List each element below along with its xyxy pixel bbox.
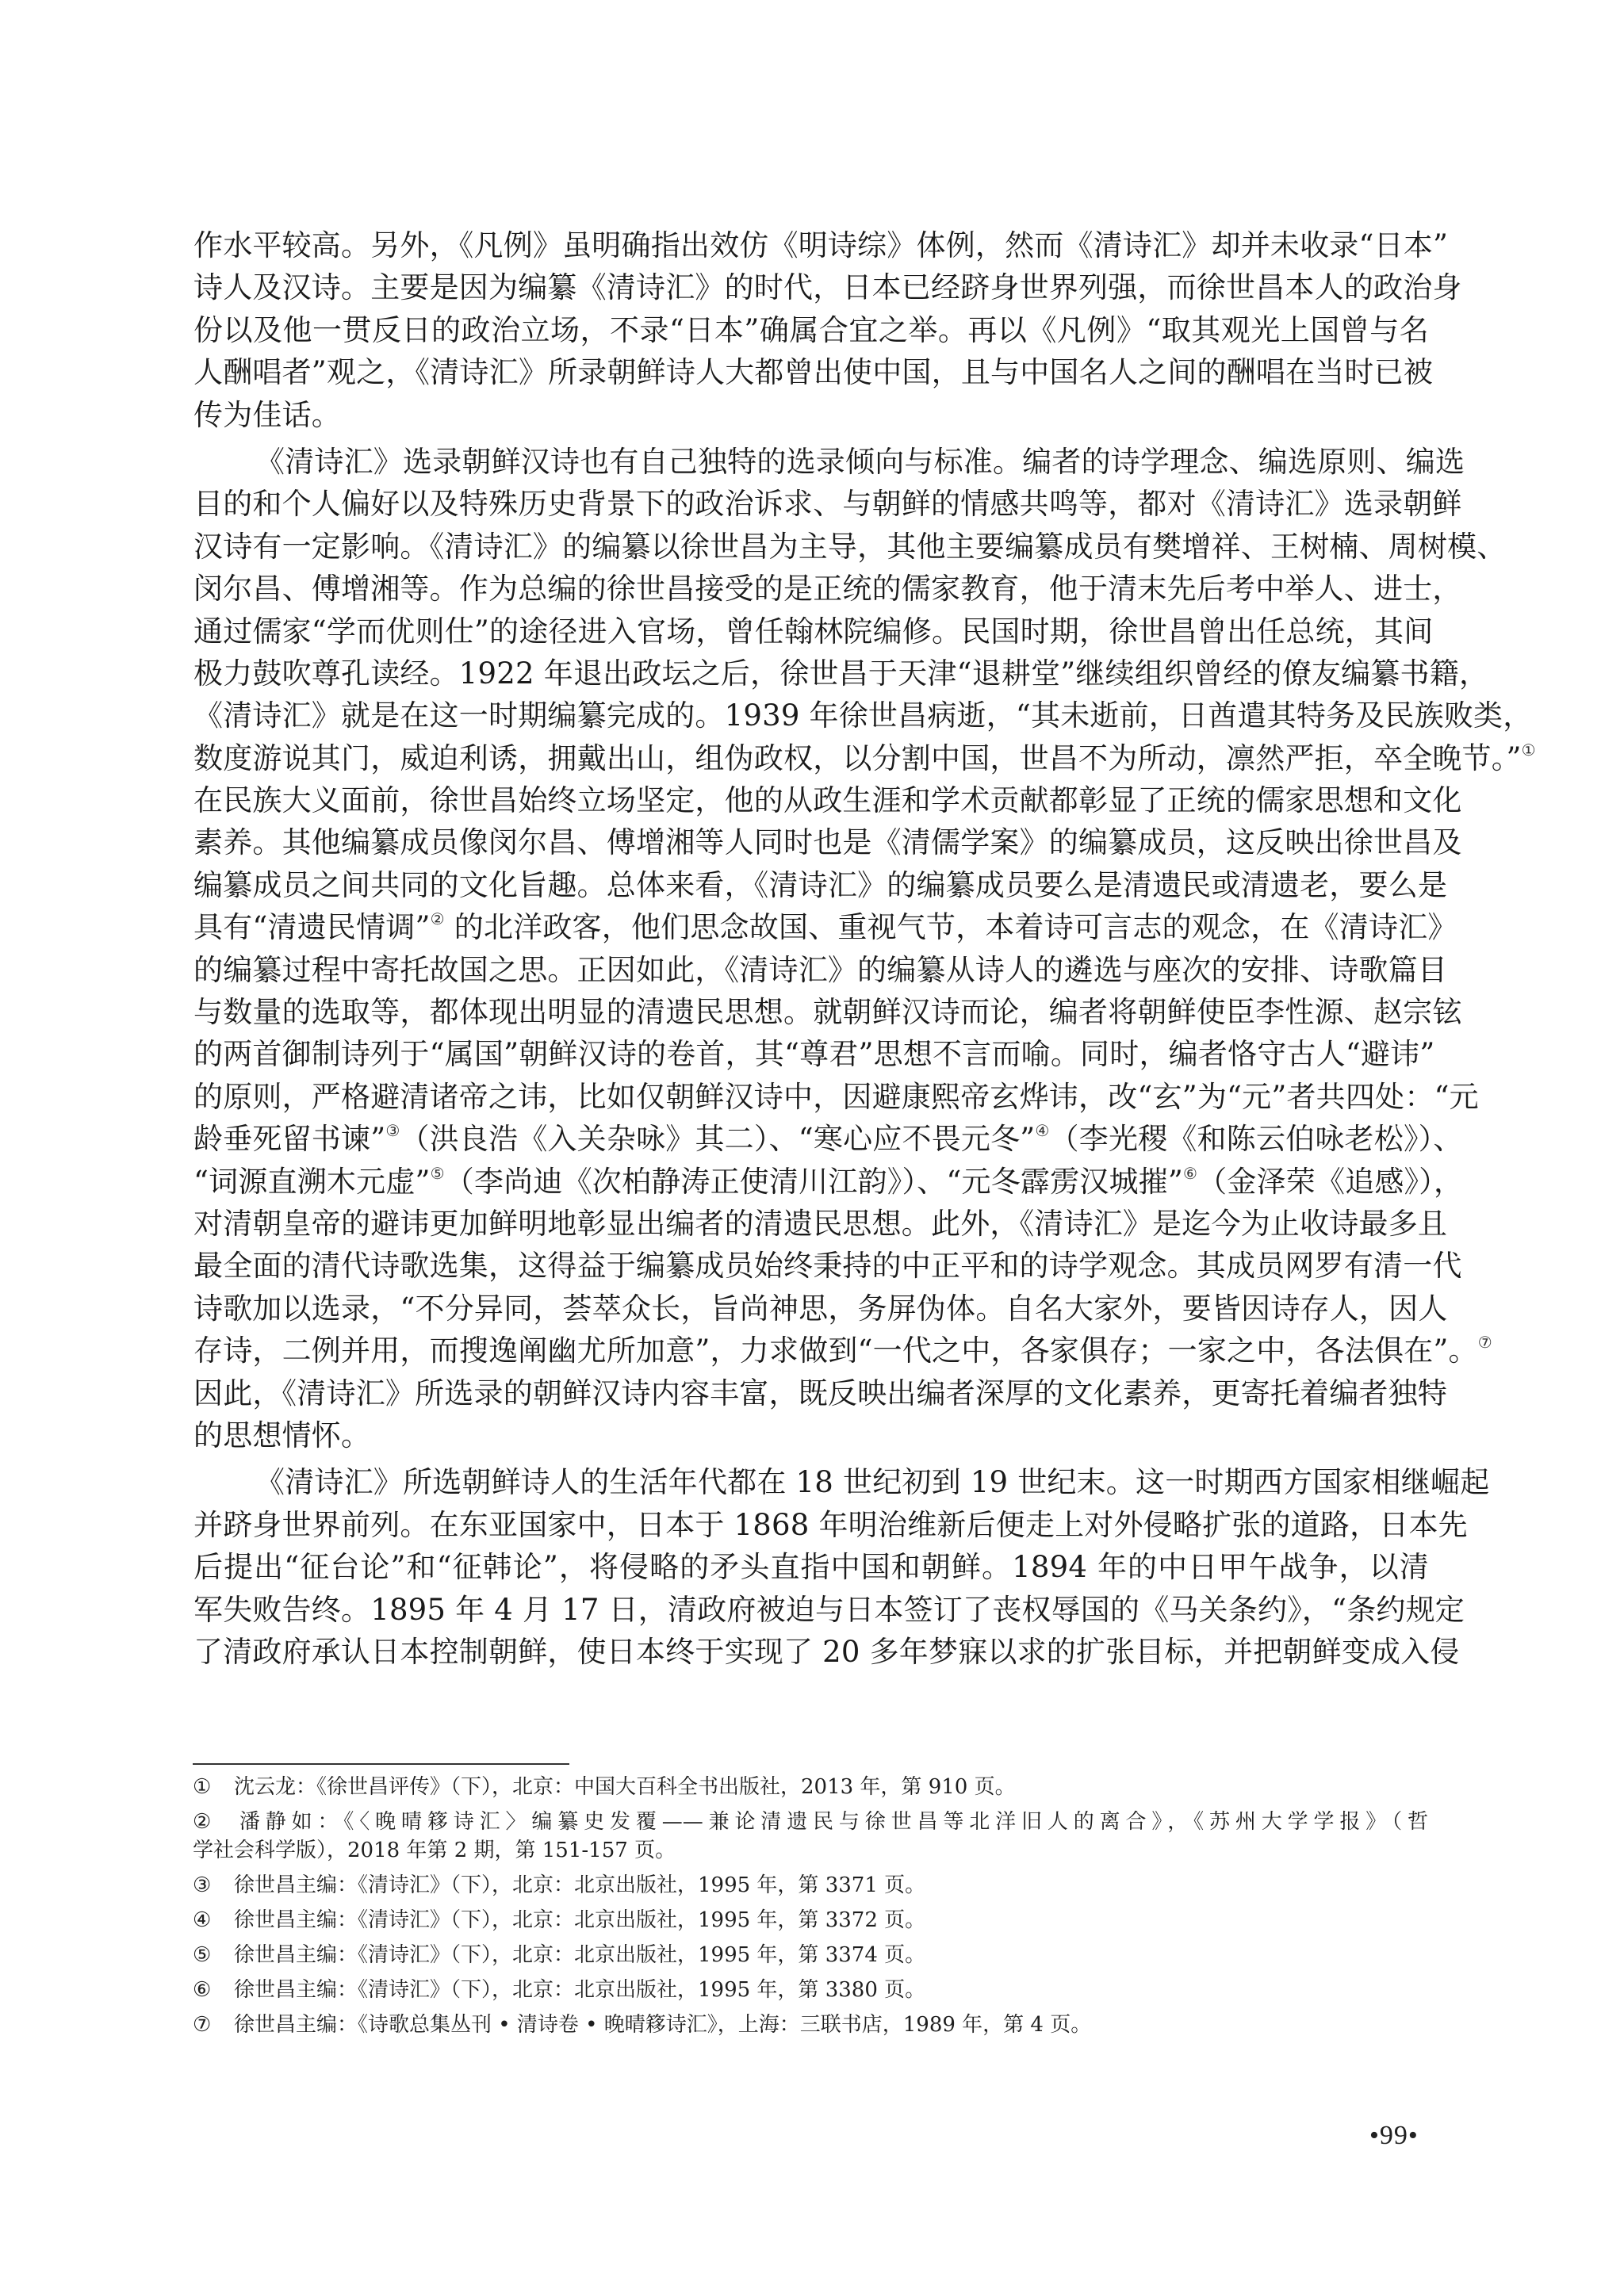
text-line: 具有“清遗民情调”② 的北洋政客，他们思念故国、重视气节，本着诗可言志的观念，在…	[193, 906, 1429, 948]
footnote-number: ⑥	[193, 1976, 234, 2004]
footnote-ref-1[interactable]: ①	[1522, 740, 1536, 760]
text-line: 通过儒家“学而优则仕”的途径进入官场，曾任翰林院编修。民国时期，徐世昌曾出任总统…	[193, 610, 1429, 652]
footnote-number: ④	[193, 1906, 234, 1934]
text-line: 份以及他一贯反日的政治立场，不录“日本”确属合宜之举。再以《凡例》“取其观光上国…	[193, 309, 1429, 351]
text-line: 极力鼓吹尊孔读经。1922 年退出政坛之后，徐世昌于天津“退耕堂”继续组织曾经的…	[193, 652, 1429, 695]
footnote-ref-2[interactable]: ②	[431, 909, 445, 928]
footnote-text-continued: 学社会科学版），2018 年第 2 期，第 151-157 页。	[193, 1836, 1428, 1865]
paragraph-3: 《清诗汇》所选朝鲜诗人的生活年代都在 18 世纪初到 19 世纪末。这一时期西方…	[193, 1461, 1429, 1673]
text-line: 因此，《清诗汇》所选录的朝鲜汉诗内容丰富，既反映出编者深厚的文化素养，更寄托着编…	[193, 1372, 1429, 1414]
footnote-1: ①沈云龙：《徐世昌评传》（下），北京：中国大百科全书出版社，2013 年，第 9…	[193, 1773, 1428, 1801]
text-segment: 具有“清遗民情调”	[193, 910, 431, 944]
footnote-2: ②潘静如：《〈晚晴簃诗汇〉编纂史发覆——兼论清遗民与徐世昌等北洋旧人的离合》，《…	[193, 1808, 1428, 1865]
footnote-text: 徐世昌主编：《清诗汇》（下），北京：北京出版社，1995 年，第 3380 页。	[234, 1978, 925, 2002]
text-segment: “词源直溯木元虚”	[193, 1165, 431, 1199]
footnote-ref-7[interactable]: ⑦	[1478, 1333, 1492, 1352]
text-line: 《清诗汇》所选朝鲜诗人的生活年代都在 18 世纪初到 19 世纪末。这一时期西方…	[193, 1461, 1429, 1503]
text-segment: 的北洋政客，他们思念故国、重视气节，本着诗可言志的观念，在《清诗汇》	[454, 910, 1457, 944]
text-segment: 存诗，二例并用，而搜逸阐幽尤所加意”，力求做到“一代之中，各家俱存；一家之中，各…	[193, 1334, 1478, 1368]
footnote-ref-5[interactable]: ⑤	[431, 1164, 445, 1183]
text-line: 并跻身世界前列。在东亚国家中，日本于 1868 年明治维新后便走上对外侵略扩张的…	[193, 1504, 1429, 1546]
paragraph-1: 作水平较高。另外，《凡例》虽明确指出效仿《明诗综》体例，然而《清诗汇》却并未收录…	[193, 224, 1429, 436]
text-line: 传为佳话。	[193, 394, 1429, 436]
footnote-6: ⑥徐世昌主编：《清诗汇》（下），北京：北京出版社，1995 年，第 3380 页…	[193, 1976, 1428, 2004]
footnote-text: 潘静如：《〈晚晴簃诗汇〉编纂史发覆——兼论清遗民与徐世昌等北洋旧人的离合》，《苏…	[234, 1810, 1428, 1834]
footnote-number: ⑦	[193, 2011, 234, 2039]
footnote-ref-6[interactable]: ⑥	[1183, 1164, 1197, 1183]
paragraph-2: 《清诗汇》选录朝鲜汉诗也有自己独特的选录倾向与标准。编者的诗学理念、编选原则、编…	[193, 441, 1429, 1456]
footnote-number: ⑤	[193, 1941, 234, 1969]
text-line: 《清诗汇》就是在这一时期编纂完成的。1939 年徐世昌病逝，“其未逝前，日酋遣其…	[193, 695, 1429, 737]
footnote-number: ③	[193, 1871, 234, 1900]
footnote-ref-3[interactable]: ③	[385, 1121, 400, 1140]
text-line: 存诗，二例并用，而搜逸阐幽尤所加意”，力求做到“一代之中，各家俱存；一家之中，各…	[193, 1330, 1429, 1372]
footnotes: ①沈云龙：《徐世昌评传》（下），北京：中国大百科全书出版社，2013 年，第 9…	[193, 1773, 1428, 2045]
text-segment: 数度游说其门，威迫利诱，拥戴出山，组伪政权，以分割中国，世昌不为所动，凛然严拒，…	[193, 741, 1522, 775]
text-line: 作水平较高。另外，《凡例》虽明确指出效仿《明诗综》体例，然而《清诗汇》却并未收录…	[193, 224, 1429, 266]
text-segment: （李尚迪《次柏静涛正使清川江韵》）、“元冬霹雳汉城摧”	[445, 1165, 1183, 1199]
text-line: 对清朝皇帝的避讳更加鲜明地彰显出编者的清遗民思想。此外，《清诗汇》是迄今为止收诗…	[193, 1203, 1429, 1245]
footnote-number: ①	[193, 1773, 234, 1801]
text-line: 人酬唱者”观之，《清诗汇》所录朝鲜诗人大都曾出使中国，且与中国名人之间的酬唱在当…	[193, 351, 1429, 393]
text-line: 与数量的选取等，都体现出明显的清遗民思想。就朝鲜汉诗而论，编者将朝鲜使臣李性源、…	[193, 991, 1429, 1033]
text-line: 《清诗汇》选录朝鲜汉诗也有自己独特的选录倾向与标准。编者的诗学理念、编选原则、编…	[193, 441, 1429, 483]
text-line: 编纂成员之间共同的文化旨趣。总体来看，《清诗汇》的编纂成员要么是清遗民或清遗老，…	[193, 864, 1429, 906]
footnote-text: 徐世昌主编：《诗歌总集丛刊 • 清诗卷 • 晚晴簃诗汇》，上海：三联书店，198…	[234, 2013, 1091, 2037]
footnote-4: ④徐世昌主编：《清诗汇》（下），北京：北京出版社，1995 年，第 3372 页…	[193, 1906, 1428, 1934]
footnote-ref-4[interactable]: ④	[1035, 1121, 1049, 1140]
text-line: 的两首御制诗列于“属国”朝鲜汉诗的卷首，其“尊君”思想不言而喻。同时，编者恪守古…	[193, 1033, 1429, 1075]
footnote-5: ⑤徐世昌主编：《清诗汇》（下），北京：北京出版社，1995 年，第 3374 页…	[193, 1941, 1428, 1969]
footnote-text: 沈云龙：《徐世昌评传》（下），北京：中国大百科全书出版社，2013 年，第 91…	[234, 1775, 1016, 1799]
text-line: 诗歌加以选录，“不分异同，荟萃众长，旨尚神思，务屏伪体。自名大家外，要皆因诗存人…	[193, 1288, 1429, 1330]
text-line: 闵尔昌、傅增湘等。作为总编的徐世昌接受的是正统的儒家教育，他于清末先后考中举人、…	[193, 568, 1429, 610]
text-line: 的编纂过程中寄托故国之思。正因如此，《清诗汇》的编纂从诗人的遴选与座次的安排、诗…	[193, 949, 1429, 991]
text-line: 在民族大义面前，徐世昌始终立场坚定，他的从政生涯和学术贡献都彰显了正统的儒家思想…	[193, 779, 1429, 821]
text-line: 数度游说其门，威迫利诱，拥戴出山，组伪政权，以分割中国，世昌不为所动，凛然严拒，…	[193, 737, 1429, 779]
footnote-text: 徐世昌主编：《清诗汇》（下），北京：北京出版社，1995 年，第 3374 页。	[234, 1943, 925, 1967]
text-line: 汉诗有一定影响。《清诗汇》的编纂以徐世昌为主导，其他主要编纂成员有樊增祥、王树楠…	[193, 526, 1429, 568]
text-line: 的思想情怀。	[193, 1414, 1429, 1456]
text-segment: （李光稷《和陈云伯咏老松》）、	[1050, 1122, 1463, 1156]
document-page: 作水平较高。另外，《凡例》虽明确指出效仿《明诗综》体例，然而《清诗汇》却并未收录…	[0, 0, 1624, 2296]
footnote-7: ⑦徐世昌主编：《诗歌总集丛刊 • 清诗卷 • 晚晴簃诗汇》，上海：三联书店，19…	[193, 2011, 1428, 2039]
text-segment: （金泽荣《追感》），	[1197, 1165, 1463, 1199]
body-text: 作水平较高。另外，《凡例》虽明确指出效仿《明诗综》体例，然而《清诗汇》却并未收录…	[193, 224, 1429, 1678]
footnote-text: 徐世昌主编：《清诗汇》（下），北京：北京出版社，1995 年，第 3371 页。	[234, 1873, 925, 1897]
text-line: 了清政府承认日本控制朝鲜，使日本终于实现了 20 多年梦寐以求的扩张目标，并把朝…	[193, 1631, 1429, 1673]
text-line: 诗人及汉诗。主要是因为编纂《清诗汇》的时代，日本已经跻身世界列强，而徐世昌本人的…	[193, 266, 1429, 308]
page-number: •99•	[1369, 2121, 1419, 2151]
footnote-divider	[193, 1763, 569, 1765]
text-line: “词源直溯木元虚”⑤（李尚迪《次柏静涛正使清川江韵》）、“元冬霹雳汉城摧”⑥（金…	[193, 1161, 1429, 1203]
text-line: 后提出“征台论”和“征韩论”，将侵略的矛头直指中国和朝鲜。1894 年的中日甲午…	[193, 1546, 1429, 1588]
text-segment: 龄垂死留书谏”	[193, 1122, 385, 1156]
text-line: 目的和个人偏好以及特殊历史背景下的政治诉求、与朝鲜的情感共鸣等，都对《清诗汇》选…	[193, 483, 1429, 525]
text-line: 军失败告终。1895 年 4 月 17 日，清政府被迫与日本签订了丧权辱国的《马…	[193, 1589, 1429, 1631]
footnote-number: ②	[193, 1808, 234, 1836]
text-line: 龄垂死留书谏”③（洪良浩《入关杂咏》其二）、“寒心应不畏元冬”④（李光稷《和陈云…	[193, 1118, 1429, 1160]
footnote-text: 徐世昌主编：《清诗汇》（下），北京：北京出版社，1995 年，第 3372 页。	[234, 1908, 925, 1932]
text-line: 最全面的清代诗歌选集，这得益于编纂成员始终秉持的中正平和的诗学观念。其成员网罗有…	[193, 1245, 1429, 1287]
text-line: 的原则，严格避清诸帝之讳，比如仅朝鲜汉诗中，因避康熙帝玄烨讳，改“玄”为“元”者…	[193, 1076, 1429, 1118]
text-line: 素养。其他编纂成员像闵尔昌、傅增湘等人同时也是《清儒学案》的编纂成员，这反映出徐…	[193, 821, 1429, 863]
footnote-3: ③徐世昌主编：《清诗汇》（下），北京：北京出版社，1995 年，第 3371 页…	[193, 1871, 1428, 1900]
text-segment: （洪良浩《入关杂咏》其二）、“寒心应不畏元冬”	[400, 1122, 1035, 1156]
